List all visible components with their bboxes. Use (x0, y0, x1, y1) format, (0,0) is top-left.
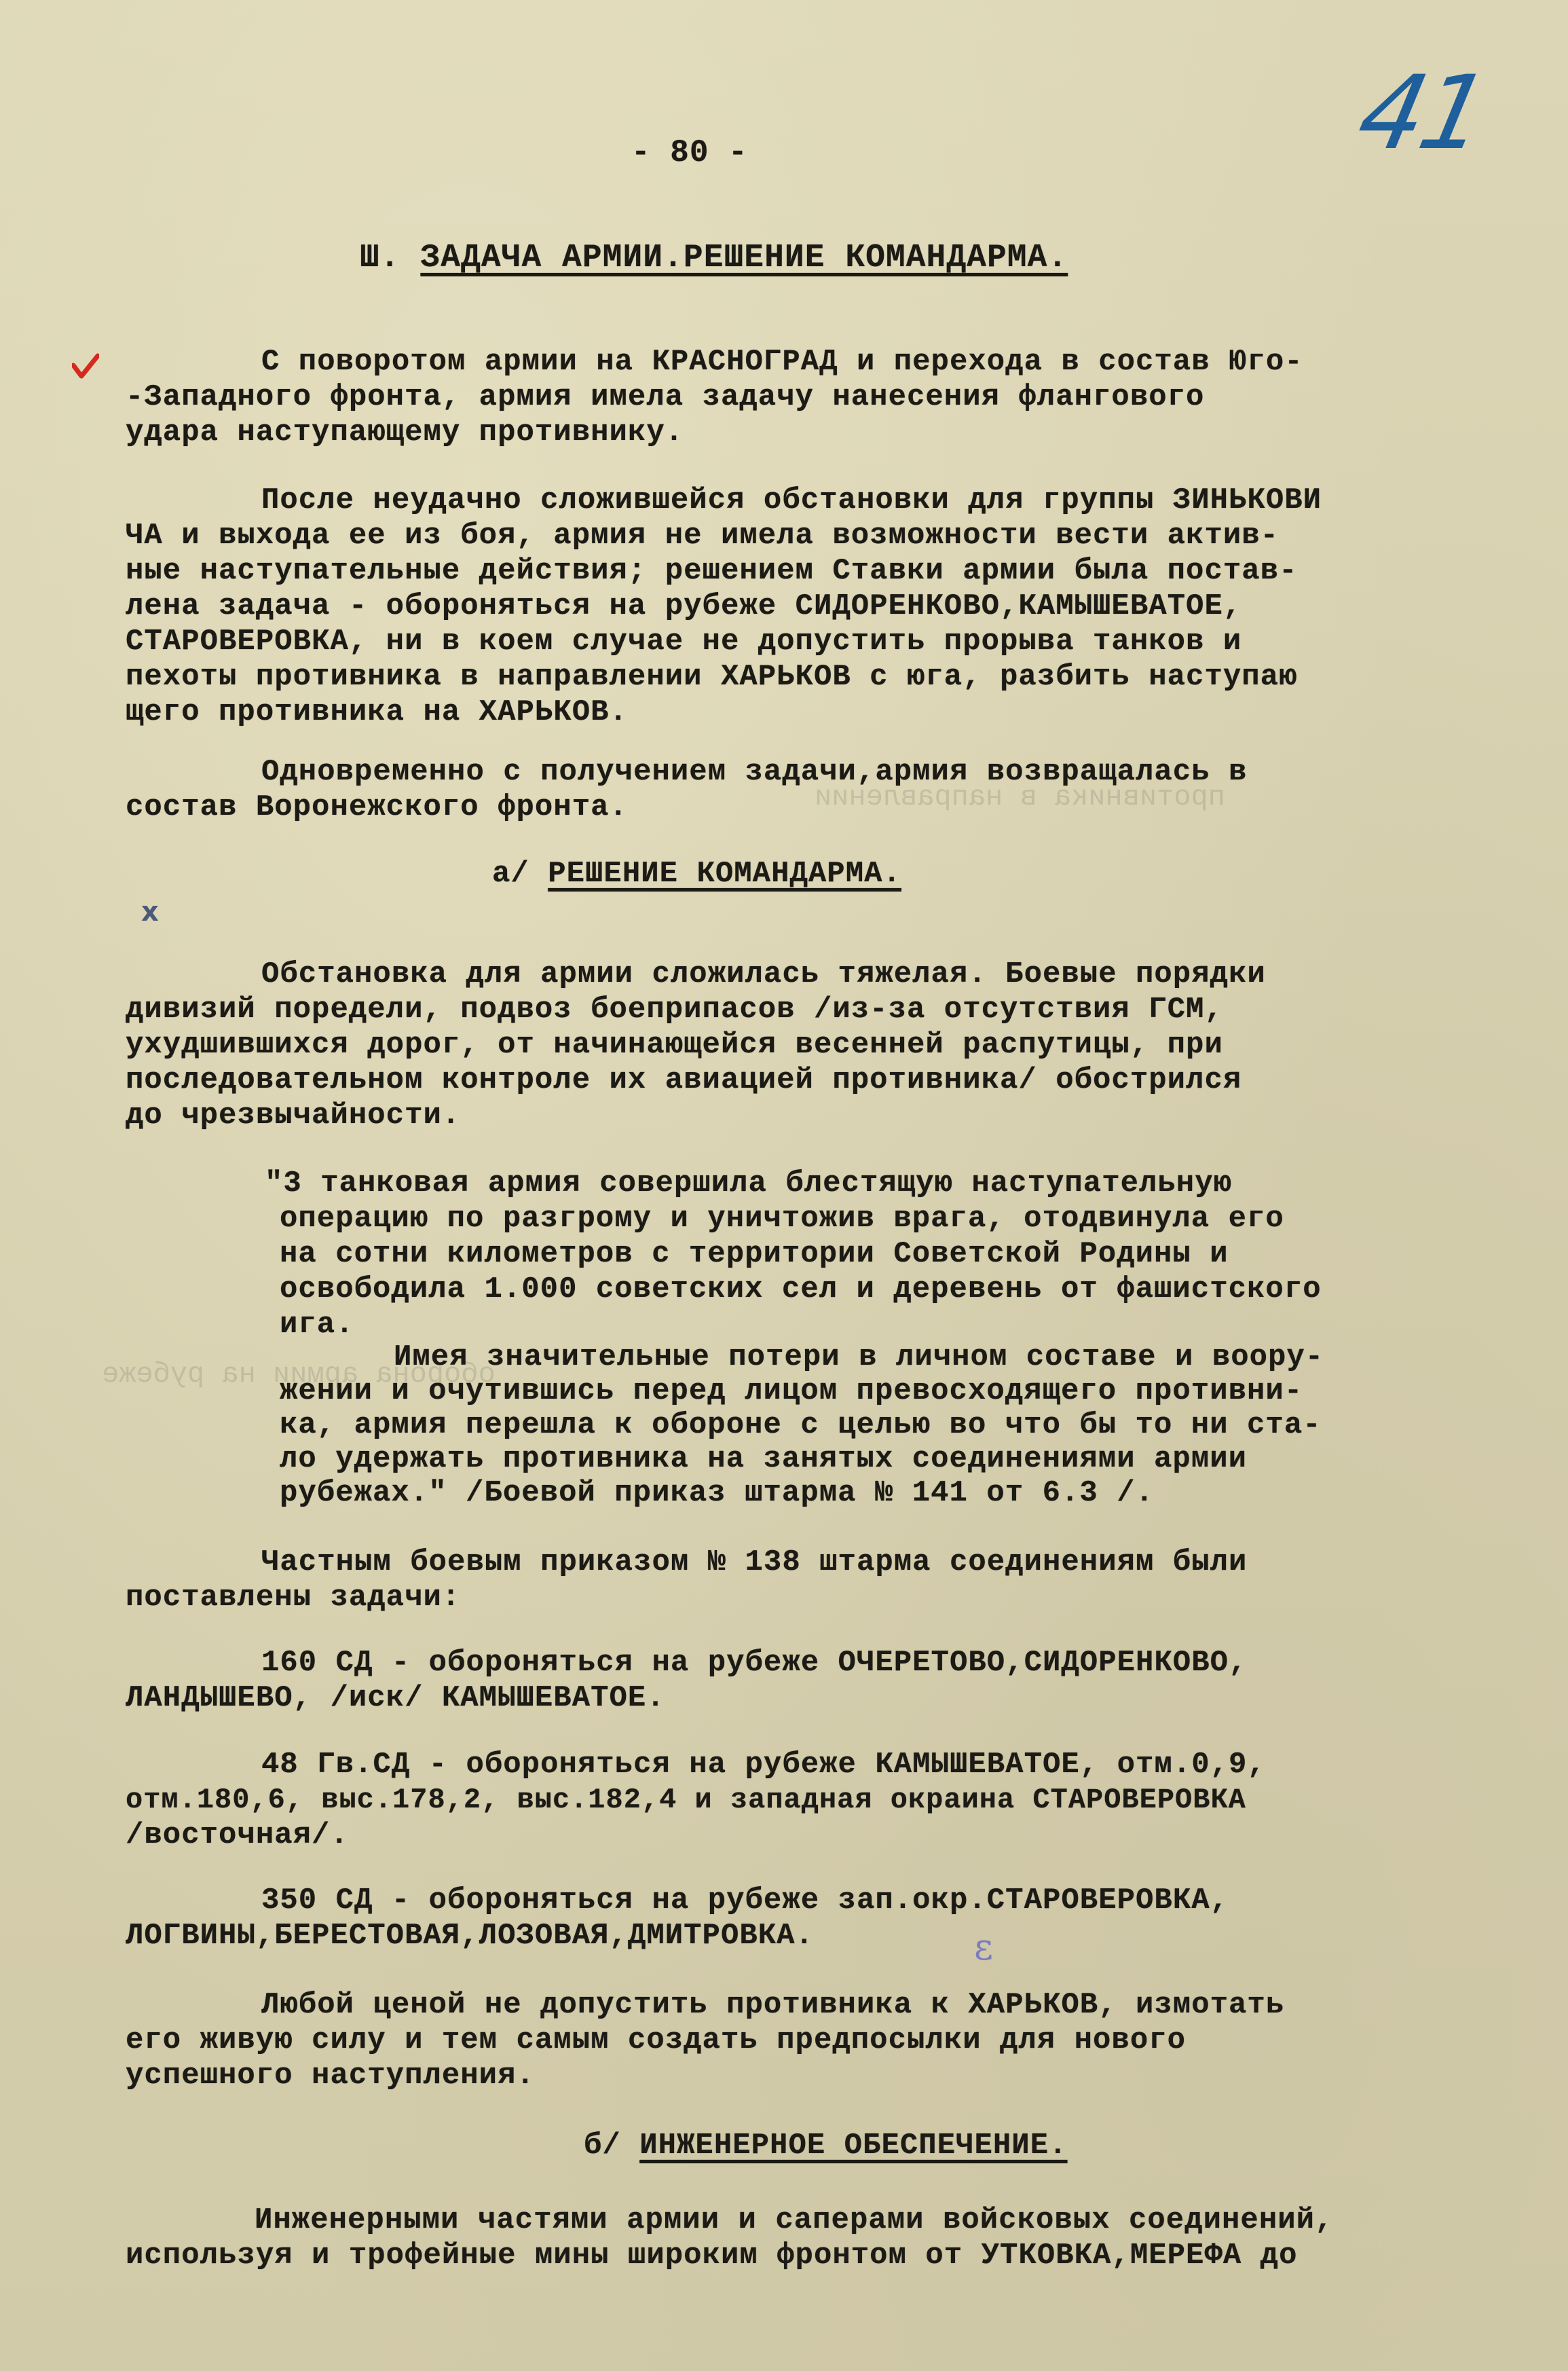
paragraph-2-line: лена задача - обороняться на рубеже СИДО… (126, 589, 1242, 623)
section-heading: Ш. ЗАДАЧА АРМИИ.РЕШЕНИЕ КОМАНДАРМА. (360, 241, 1068, 275)
quote-line: ло удержать противника на занятых соедин… (280, 1442, 1247, 1476)
section-heading-prefix: Ш. (360, 240, 400, 276)
task-160-line: ЛАНДЫШЕВО, /иск/ КАМЫШЕВАТОЕ. (126, 1681, 665, 1715)
paragraph-4-line: Обстановка для армии сложилась тяжелая. … (261, 957, 1266, 991)
paragraph-2-line: пехоты противника в направлении ХАРЬКОВ … (126, 660, 1297, 694)
document-page: оборона армии на рубеже противника в нап… (0, 0, 1568, 2371)
task-48gv-line: /восточная/. (126, 1818, 349, 1852)
task-48gv-line: 48 Гв.СД - обороняться на рубеже КАМЫШЕВ… (261, 1748, 1266, 1782)
task-350-line: ЛОГВИНЫ,БЕРЕСТОВАЯ,ЛОЗОВАЯ,ДМИТРОВКА. (126, 1919, 814, 1953)
quote-line: жении и очутившись перед лицом превосход… (280, 1374, 1303, 1408)
paragraph-5-line: поставлены задачи: (126, 1581, 460, 1615)
paragraph-5-line: Частным боевым приказом № 138 штарма сое… (261, 1545, 1247, 1579)
archive-sheet-number: 41 (1349, 54, 1495, 172)
paragraph-1-line: -Западного фронта, армия имела задачу на… (126, 380, 1204, 414)
paragraph-2-line: ные наступательные действия; решением Ст… (126, 554, 1297, 588)
section-heading-title: ЗАДАЧА АРМИИ.РЕШЕНИЕ КОМАНДАРМА. (420, 240, 1068, 276)
margin-x-mark: x (141, 896, 159, 927)
quote-line: на сотни километров с территории Советск… (280, 1237, 1229, 1271)
paragraph-2-line: щего противника на ХАРЬКОВ. (126, 695, 628, 729)
paragraph-6-line: успешного наступления. (126, 2059, 535, 2093)
paragraph-1-line: С поворотом армии на КРАСНОГРАД и перехо… (261, 345, 1303, 379)
task-48gv-line: отм.180,6, выс.178,2, выс.182,4 и западн… (126, 1783, 1246, 1817)
paragraph-6-line: Любой ценой не допустить противника к ХА… (261, 1988, 1284, 2022)
paragraph-2-line: ЧА и выхода ее из боя, армия не имела во… (126, 519, 1279, 553)
subsection-b-heading: б/ ИНЖЕНЕРНОЕ ОБЕСПЕЧЕНИЕ. (584, 2129, 1068, 2163)
paragraph-6-line: его живую силу и тем самым создать предп… (126, 2023, 1186, 2057)
task-160-line: 160 СД - обороняться на рубеже ОЧЕРЕТОВО… (261, 1646, 1247, 1680)
quote-line: Имея значительные потери в личном состав… (394, 1340, 1324, 1374)
paragraph-7-line: используя и трофейные мины широким фронт… (126, 2239, 1297, 2273)
quote-line: операцию по разгрому и уничтожив врага, … (280, 1202, 1284, 1236)
paragraph-7-line: Инженерными частями армии и саперами вой… (255, 2203, 1333, 2237)
quote-line: освободила 1.000 советских сел и деревен… (280, 1272, 1322, 1306)
paragraph-4-line: до чрезвычайности. (126, 1099, 460, 1133)
paragraph-2-line: После неудачно сложившейся обстановки дл… (261, 483, 1322, 517)
quote-line: ка, армия перешла к обороне с целью во ч… (280, 1408, 1322, 1442)
quote-line: рубежах." /Боевой приказ штарма № 141 от… (280, 1476, 1154, 1510)
task-350-line: 350 СД - обороняться на рубеже зап.окр.С… (261, 1883, 1229, 1917)
paragraph-4-line: последовательном контроле их авиацией пр… (126, 1063, 1242, 1097)
subsection-a-title: РЕШЕНИЕ КОМАНДАРМА. (548, 857, 901, 891)
paragraph-4-line: ухудшившихся дорог, от начинающейся весе… (126, 1028, 1223, 1062)
paragraph-3-line: состав Воронежского фронта. (126, 790, 628, 824)
paragraph-2-line: СТАРОВЕРОВКА, ни в коем случае не допуст… (126, 625, 1242, 659)
page-number: - 80 - (631, 136, 748, 170)
subsection-a-heading: а/ РЕШЕНИЕ КОМАНДАРМА. (492, 857, 901, 891)
paragraph-1-line: удара наступающему противнику. (126, 416, 684, 449)
red-check-icon (72, 353, 99, 380)
subsection-b-title: ИНЖЕНЕРНОЕ ОБЕСПЕЧЕНИЕ. (639, 2129, 1067, 2163)
paragraph-3-line: Одновременно с получением задачи,армия в… (261, 755, 1247, 789)
subsection-a-prefix: а/ (492, 857, 529, 891)
pencil-mark: ε (974, 1926, 993, 1968)
paragraph-4-line: дивизий поредели, подвоз боеприпасов /из… (126, 993, 1223, 1027)
subsection-b-prefix: б/ (584, 2129, 621, 2163)
quote-line: ига. (280, 1308, 354, 1342)
quote-line: "3 танковая армия совершила блестящую на… (265, 1166, 1232, 1200)
